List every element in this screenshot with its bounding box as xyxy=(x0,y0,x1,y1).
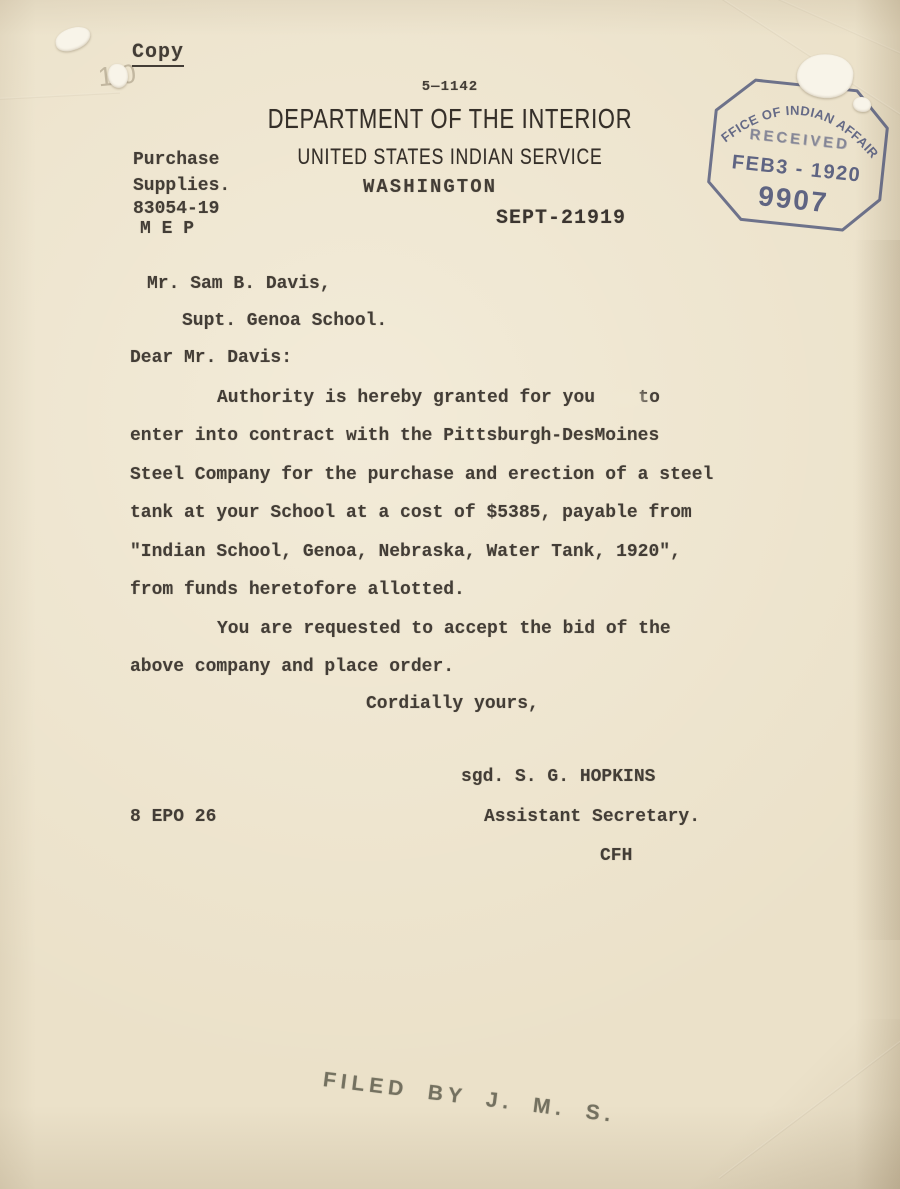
recipient-title: Supt. Genoa School. xyxy=(182,312,387,330)
letterhead-department: DEPARTMENT OF THE INTERIOR xyxy=(99,105,801,133)
salutation: Dear Mr. Davis: xyxy=(130,349,292,367)
body-line: Authority is hereby granted for you to xyxy=(130,389,660,407)
body-line: Steel Company for the purchase and erect… xyxy=(130,466,713,484)
typist-initials: CFH xyxy=(600,847,632,865)
date-stamp: SEPT-21919 xyxy=(496,209,626,229)
docket-number: 8 EPO 26 xyxy=(130,808,216,826)
torn-paper-spot xyxy=(853,97,871,112)
erasure-smudge xyxy=(592,384,654,414)
file-ref-line: M E P xyxy=(140,220,194,238)
stamp-received-text: RECEIVED xyxy=(749,126,851,153)
recipient-name: Mr. Sam B. Davis, xyxy=(147,275,331,293)
body-line: enter into contract with the Pittsburgh-… xyxy=(130,427,659,445)
signature-line: sgd. S. G. HOPKINS xyxy=(461,768,655,786)
body-line: from funds heretofore allotted. xyxy=(130,581,465,599)
body-line: You are requested to accept the bid of t… xyxy=(130,620,671,638)
file-ref-line: 83054-19 xyxy=(133,200,219,218)
stamp-date-text: FEB3 - 1920 xyxy=(731,151,862,186)
received-stamp: OFFICE OF INDIAN AFFAIRS RECEIVED RECEIV… xyxy=(690,60,900,250)
filed-stamp: FILED BY J. M. S. xyxy=(322,1068,617,1128)
copy-label: Copy xyxy=(132,43,184,67)
corner-fold-shadow xyxy=(680,1019,900,1189)
file-ref-line: Purchase xyxy=(133,151,219,169)
body-line: "Indian School, Genoa, Nebraska, Water T… xyxy=(130,543,681,561)
torn-paper-spot xyxy=(53,24,93,54)
file-ref-line: Supplies. xyxy=(133,177,230,195)
closing: Cordially yours, xyxy=(366,695,539,713)
body-line: tank at your School at a cost of $5385, … xyxy=(130,504,692,522)
body-line: above company and place order. xyxy=(130,658,454,676)
edge-shading xyxy=(840,240,900,940)
scanned-letter-page: 10 Copy 5—1142 DEPARTMENT OF THE INTERIO… xyxy=(0,0,900,1189)
signer-title: Assistant Secretary. xyxy=(484,808,700,826)
stamp-number-text: 9907 xyxy=(757,180,830,218)
